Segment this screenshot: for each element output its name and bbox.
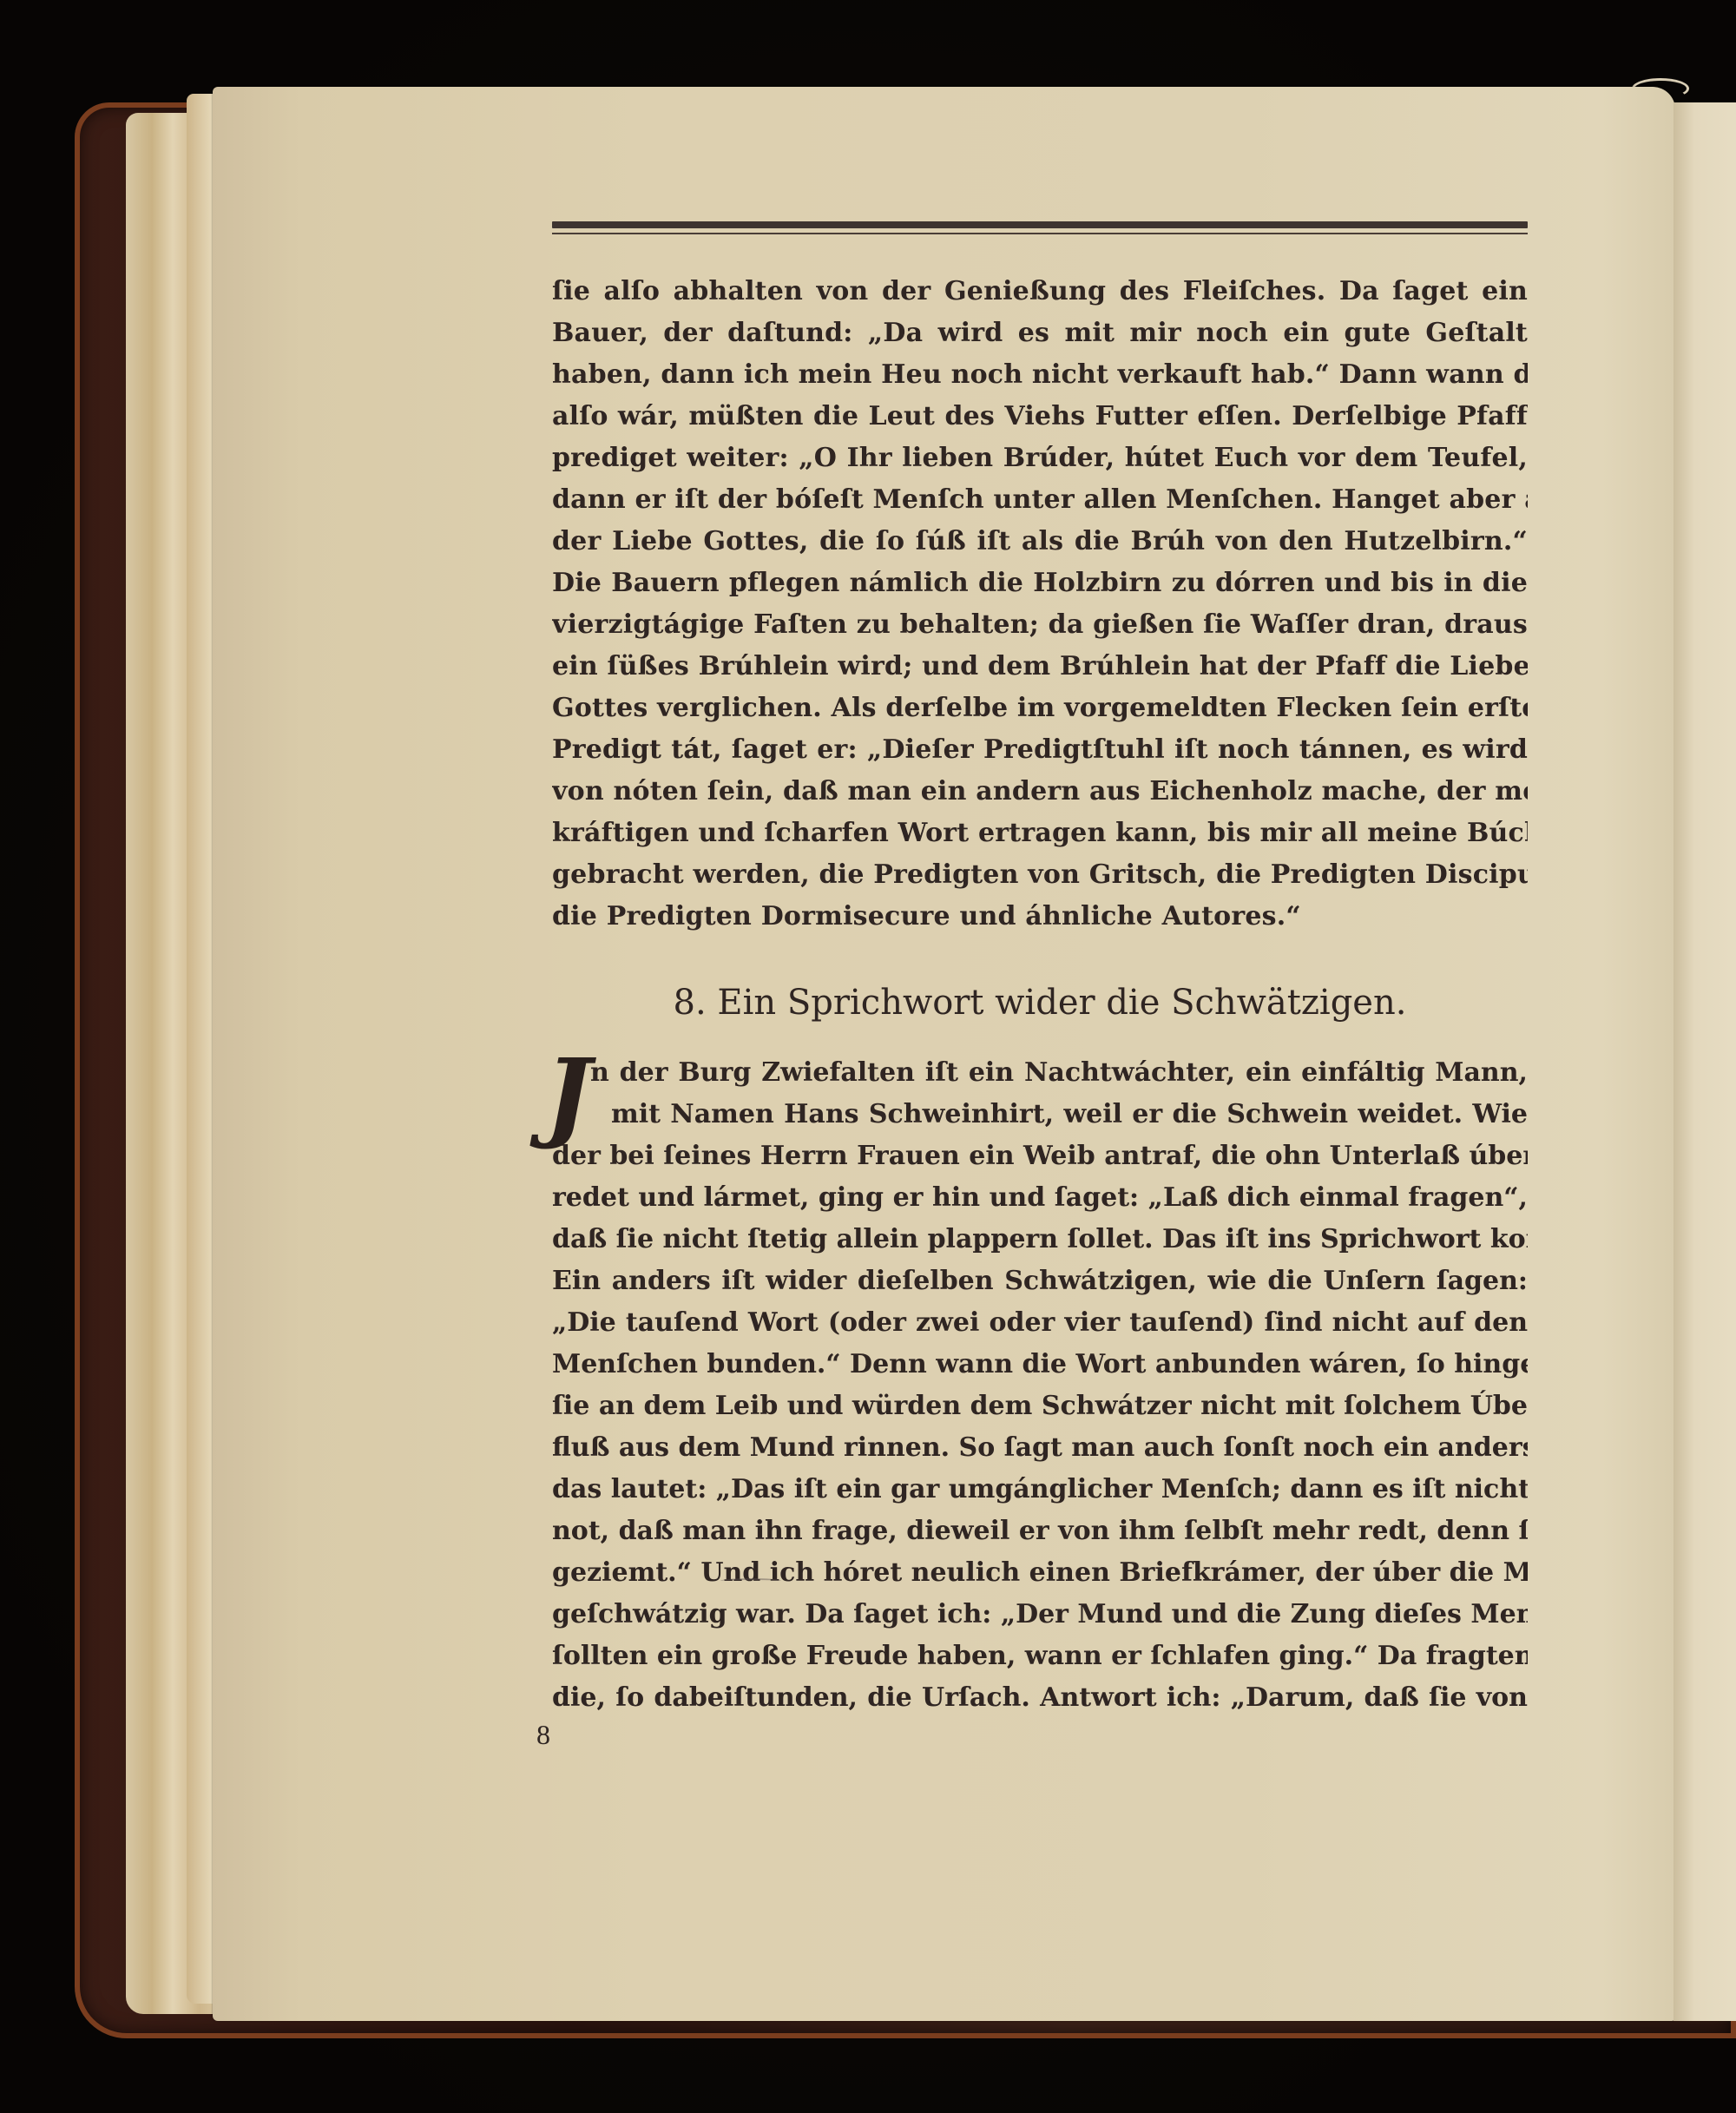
text-line: geziemt.“ Und ich hóret neulich einen Br… (552, 1552, 1528, 1594)
text-line: „Die tauſend Wort (oder zwei oder vier t… (552, 1302, 1528, 1344)
text-line: n der Burg Zwiefalten iſt ein Nachtwácht… (552, 1052, 1528, 1094)
text-line: das lautet: „Das iſt ein gar umgángliche… (552, 1469, 1528, 1511)
text-line: vierzigtágige Faſten zu behalten; da gie… (552, 604, 1528, 646)
pencil-underline-mark (720, 1578, 781, 1583)
continuation-paragraph: ſie alſo abhalten von der Genießung des … (552, 271, 1528, 938)
text-line: ſie an dem Leib und würden dem Schwátzer… (552, 1386, 1528, 1427)
section-paragraph: J n der Burg Zwiefalten iſt ein Nachtwác… (552, 1052, 1528, 1719)
text-line: Menſchen bunden.“ Denn wann die Wort anb… (552, 1344, 1528, 1386)
header-rule (552, 221, 1528, 234)
text-line: Ein anders iſt wider dieſelben Schwátzig… (552, 1261, 1528, 1302)
header-rule-thick (552, 221, 1528, 228)
text-line: Die Bauern pflegen námlich die Holzbirn … (552, 563, 1528, 604)
text-line: Predigt tát, ſaget er: „Dieſer Predigtſt… (552, 729, 1528, 771)
text-line: kráftigen und ſcharfen Wort ertragen kan… (552, 813, 1528, 854)
text-line: mit Namen Hans Schweinhirt, weil er die … (552, 1094, 1528, 1135)
text-line: der bei ſeines Herrn Frauen ein Weib ant… (552, 1135, 1528, 1177)
text-line: geſchwátzig war. Da ſaget ich: „Der Mund… (552, 1594, 1528, 1636)
text-line: Bauer, der daſtund: „Da wird es mit mir … (552, 313, 1528, 354)
drop-cap: J (545, 1054, 591, 1137)
text-line: dann er iſt der bóſeſt Menſch unter alle… (552, 479, 1528, 521)
text-line: Gottes verglichen. Als derſelbe im vorge… (552, 688, 1528, 729)
text-line: ſie alſo abhalten von der Genießung des … (552, 271, 1528, 313)
text-line: daß ſie nicht ſtetig allein plappern ſol… (552, 1219, 1528, 1261)
text-line: prediget weiter: „O Ihr lieben Brúder, h… (552, 438, 1528, 479)
text-line: gebracht werden, die Predigten von Grits… (552, 854, 1528, 896)
page-number: 8 (536, 1719, 550, 1751)
text-line: haben, dann ich mein Heu noch nicht verk… (552, 354, 1528, 396)
text-line: ein ſüßes Brúhlein wird; und dem Brúhlei… (552, 646, 1528, 688)
text-line: not, daß man ihn frage, dieweil er von i… (552, 1511, 1528, 1552)
text-line: von nóten ſein, daß man ein andern aus E… (552, 771, 1528, 813)
text-line: die Predigten Dormisecure und áhnliche A… (552, 896, 1528, 938)
book-scan-scene: ſie alſo abhalten von der Genießung des … (0, 0, 1736, 2113)
text-line: redet und lármet, ging er hin und ſaget:… (552, 1177, 1528, 1219)
header-rule-thin (552, 233, 1528, 234)
section-heading: 8. Ein Sprichwort wider die Schwätzigen. (552, 981, 1528, 1024)
text-line: fluß aus dem Mund rinnen. So ſagt man au… (552, 1427, 1528, 1469)
text-line: ſollten ein große Freude haben, wann er … (552, 1636, 1528, 1677)
text-line: der Liebe Gottes, die ſo ſúß iſt als die… (552, 521, 1528, 563)
text-line: die, ſo dabeiſtunden, die Urſach. Antwor… (552, 1677, 1528, 1719)
facing-page-edge (1674, 102, 1736, 2021)
text-line: alſo wár, müßten die Leut des Viehs Futt… (552, 396, 1528, 438)
